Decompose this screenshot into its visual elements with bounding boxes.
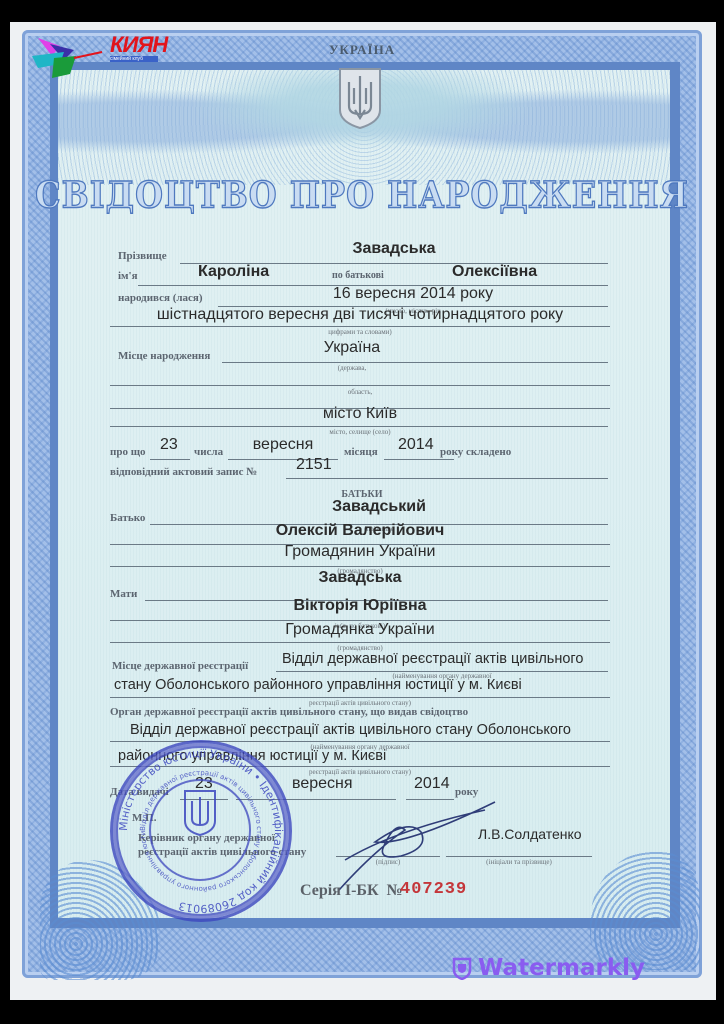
record-day: 23 — [160, 436, 178, 454]
child-name: Кароліна — [198, 263, 269, 281]
birthplace-city: місто Київ — [110, 405, 610, 423]
name-label: ім'я — [118, 270, 138, 282]
series-label: Серія І-БК № — [300, 882, 403, 900]
record-month: вересня — [228, 436, 338, 454]
birthplace-label: Місце народження — [118, 350, 210, 362]
issuer-line1: Відділ державної реєстрації актів цивіль… — [130, 722, 571, 738]
registration-place-line1: Відділ державної реєстрації актів цивіль… — [282, 651, 583, 667]
father-name: Олексій Валерійович — [110, 522, 610, 540]
issuer-label: Орган державної реєстрації актів цивільн… — [110, 706, 468, 718]
watermark: Watermarkly — [452, 955, 645, 981]
seal-trident-icon — [183, 789, 217, 837]
father-citizenship: Громадянин України — [110, 543, 610, 561]
registration-place-label: Місце державної реєстрації — [112, 660, 248, 672]
born-label: народився (лася) — [118, 292, 203, 304]
birthplace-country: Україна — [222, 339, 482, 357]
registration-place-line2: стану Оболонського районного управління … — [114, 677, 522, 693]
act-number: 2151 — [296, 456, 332, 474]
patronymic-label: по батькові — [332, 270, 384, 281]
birth-date: 16 вересня 2014 року — [218, 285, 608, 303]
child-surname: Завадська — [180, 240, 608, 258]
birth-date-words: шістнадцятого вересня дві тисячі чотирна… — [110, 306, 610, 324]
serial-number: 407239 — [400, 880, 467, 899]
official-seal: Міністерство юстиції України • Ідентифік… — [110, 740, 292, 922]
record-year: 2014 — [398, 436, 434, 454]
mother-citizenship: Громадянка України — [110, 621, 610, 639]
document-title: СВІДОЦТВО ПРО НАРОДЖЕННЯ — [0, 173, 724, 217]
trident-coat-of-arms-icon — [337, 66, 383, 130]
country-heading: УКРАЇНА — [0, 42, 724, 58]
shield-icon — [452, 956, 472, 980]
child-patronymic: Олексіївна — [452, 263, 537, 281]
surname-label: Прізвище — [118, 250, 167, 262]
mother-surname: Завадська — [110, 569, 610, 587]
father-surname: Завадський — [150, 498, 608, 516]
mother-name: Вікторія Юріївна — [110, 597, 610, 615]
